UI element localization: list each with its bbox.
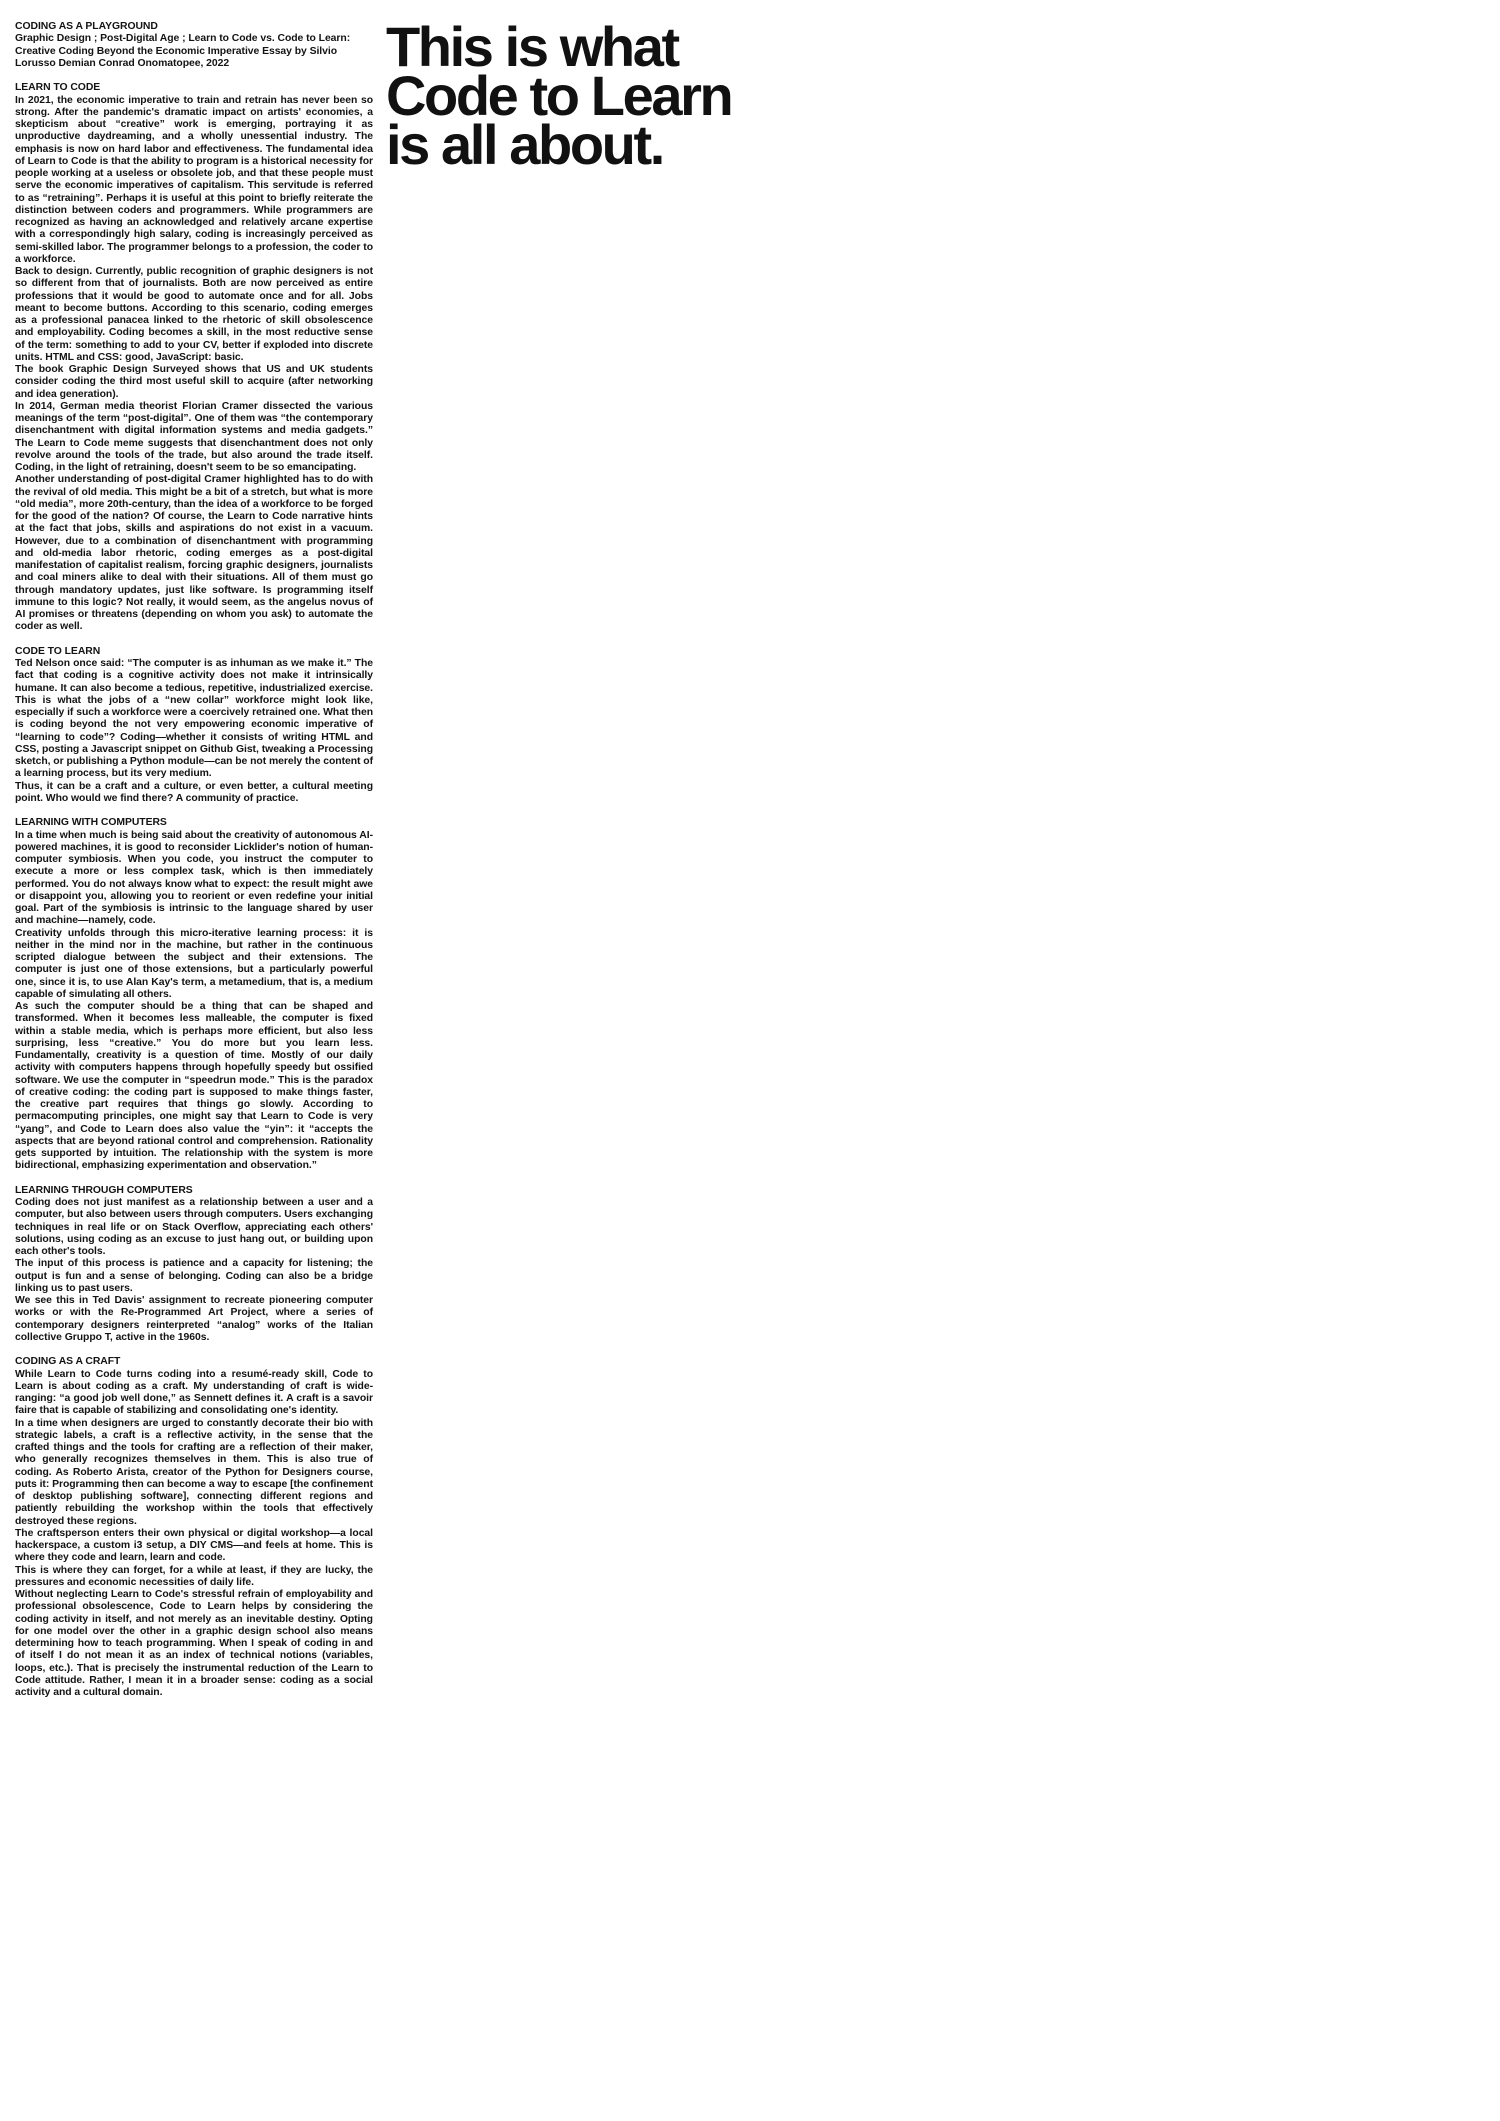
paragraph: The input of this process is patience an… xyxy=(15,1258,373,1295)
paragraph: Creativity unfolds through this micro-it… xyxy=(15,928,373,1002)
headline: This is what Code to Learn is all about. xyxy=(386,22,786,169)
paragraph: Another understanding of post-digital Cr… xyxy=(15,474,373,633)
paragraph: Coding does not just manifest as a relat… xyxy=(15,1197,373,1258)
paragraph: In 2021, the economic imperative to trai… xyxy=(15,95,373,267)
essay-kicker: CODING AS A PLAYGROUND xyxy=(15,21,373,33)
headline-line: is all about. xyxy=(386,120,786,169)
paragraph: In a time when much is being said about … xyxy=(15,830,373,928)
section-title: LEARNING THROUGH COMPUTERS xyxy=(15,1185,373,1197)
essay-meta-line: Lorusso Demian Conrad Onomatopee, 2022 xyxy=(15,58,373,70)
paragraph: This is where they can forget, for a whi… xyxy=(15,1565,373,1590)
paragraph: Thus, it can be a craft and a culture, o… xyxy=(15,781,373,806)
paragraph: Without neglecting Learn to Code's stres… xyxy=(15,1589,373,1699)
paragraph: As such the computer should be a thing t… xyxy=(15,1001,373,1173)
paragraph: The craftsperson enters their own physic… xyxy=(15,1528,373,1565)
essay-meta-line: Graphic Design ; Post-Digital Age ; Lear… xyxy=(15,33,373,45)
section-learning-through-computers: LEARNING THROUGH COMPUTERS Coding does n… xyxy=(15,1185,373,1344)
paragraph: In 2014, German media theorist Florian C… xyxy=(15,401,373,475)
section-learn-to-code: LEARN TO CODE In 2021, the economic impe… xyxy=(15,82,373,633)
section-learning-with-computers: LEARNING WITH COMPUTERS In a time when m… xyxy=(15,817,373,1172)
section-title: LEARN TO CODE xyxy=(15,82,373,94)
paragraph: We see this in Ted Davis' assignment to … xyxy=(15,1295,373,1344)
paragraph: In a time when designers are urged to co… xyxy=(15,1418,373,1528)
essay-column: CODING AS A PLAYGROUND Graphic Design ; … xyxy=(15,21,373,1712)
section-title: LEARNING WITH COMPUTERS xyxy=(15,817,373,829)
section-title: CODING AS A CRAFT xyxy=(15,1356,373,1368)
section-title: CODE TO LEARN xyxy=(15,646,373,658)
section-code-to-learn: CODE TO LEARN Ted Nelson once said: “The… xyxy=(15,646,373,805)
paragraph: While Learn to Code turns coding into a … xyxy=(15,1369,373,1418)
paragraph: Back to design. Currently, public recogn… xyxy=(15,266,373,364)
paragraph: Ted Nelson once said: “The computer is a… xyxy=(15,658,373,781)
paragraph: The book Graphic Design Surveyed shows t… xyxy=(15,364,373,401)
essay-header: CODING AS A PLAYGROUND Graphic Design ; … xyxy=(15,21,373,70)
section-coding-as-a-craft: CODING AS A CRAFT While Learn to Code tu… xyxy=(15,1356,373,1699)
essay-meta-line: Creative Coding Beyond the Economic Impe… xyxy=(15,46,373,58)
